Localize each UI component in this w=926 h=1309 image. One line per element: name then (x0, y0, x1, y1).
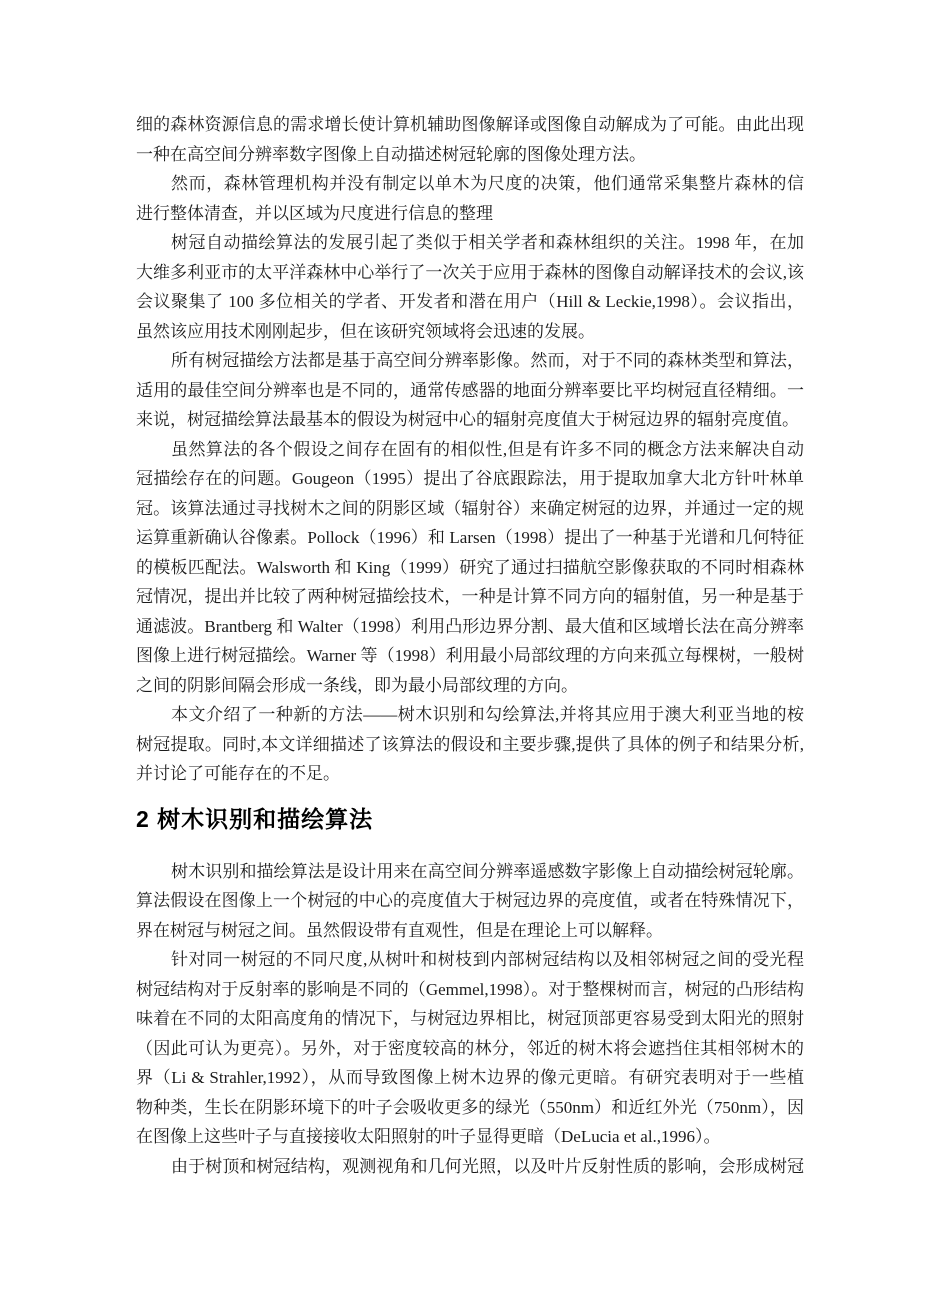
document-body: 细的森林资源信息的需求增长使计算机辅助图像解译或图像自动解成为了可能。由此出现了… (136, 110, 804, 1181)
text-line: 树木识别和描绘算法是设计用来在高空间分辨率遥感数字影像上自动描绘树冠轮廓。该 (136, 857, 804, 887)
text-line: 虽然该应用技术刚刚起步，但在该研究领域将会迅速的发展。 (136, 317, 804, 347)
text-line: 界（Li & Strahler,1992），从而导致图像上树木边界的像元更暗。有… (136, 1063, 804, 1093)
paragraph: 针对同一树冠的不同尺度,从树叶和树枝到内部树冠结构以及相邻树冠之间的受光程度,树… (136, 945, 804, 1152)
text-line: 本文介绍了一种新的方法——树木识别和勾绘算法,并将其应用于澳大利亚当地的桉树 (136, 700, 804, 730)
section-heading: 2 树木识别和描绘算法 (136, 803, 804, 835)
text-line: 算法假设在图像上一个树冠的中心的亮度值大于树冠边界的亮度值，或者在特殊情况下，边 (136, 886, 804, 916)
text-line: 来说，树冠描绘算法最基本的假设为树冠中心的辐射亮度值大于树冠边界的辐射亮度值。 (136, 405, 804, 435)
text-line: 通滤波。Brantberg 和 Walter（1998）利用凸形边界分割、最大值… (136, 612, 804, 642)
text-line: 运算重新确认谷像素。Pollock（1996）和 Larsen（1998）提出了… (136, 523, 804, 553)
text-line: 树冠结构对于反射率的影响是不同的（Gemmel,1998）。对于整棵树而言，树冠… (136, 975, 804, 1005)
paragraph: 虽然算法的各个假设之间存在固有的相似性,但是有许多不同的概念方法来解决自动树冠描… (136, 435, 804, 701)
text-line: 进行整体清查，并以区域为尺度进行信息的整理 (136, 199, 804, 229)
text-line: 冠。该算法通过寻找树木之间的阴影区域（辐射谷）来确定树冠的边界，并通过一定的规则 (136, 494, 804, 524)
text-line: 针对同一树冠的不同尺度,从树叶和树枝到内部树冠结构以及相邻树冠之间的受光程度, (136, 945, 804, 975)
text-line: 会议聚集了 100 多位相关的学者、开发者和潜在用户（Hill & Leckie… (136, 287, 804, 317)
text-line: 由于树顶和树冠结构，观测视角和几何光照，以及叶片反射性质的影响，会形成树冠剖 (136, 1152, 804, 1182)
text-line: 细的森林资源信息的需求增长使计算机辅助图像解译或图像自动解成为了可能。由此出现了 (136, 110, 804, 140)
paragraph: 细的森林资源信息的需求增长使计算机辅助图像解译或图像自动解成为了可能。由此出现了… (136, 110, 804, 169)
text-line: 物种类，生长在阴影环境下的叶子会吸收更多的绿光（550nm）和近红外光（750n… (136, 1093, 804, 1123)
text-line: 适用的最佳空间分辨率也是不同的，通常传感器的地面分辨率要比平均树冠直径精细。一般 (136, 376, 804, 406)
text-line: 虽然算法的各个假设之间存在固有的相似性,但是有许多不同的概念方法来解决自动树 (136, 435, 804, 465)
document-page: 细的森林资源信息的需求增长使计算机辅助图像解译或图像自动解成为了可能。由此出现了… (0, 0, 926, 1309)
paragraph: 然而，森林管理机构并没有制定以单木为尺度的决策，他们通常采集整片森林的信息，进行… (136, 169, 804, 228)
text-line: 并讨论了可能存在的不足。 (136, 759, 804, 789)
text-line: 树冠自动描绘算法的发展引起了类似于相关学者和森林组织的关注。1998 年，在加拿 (136, 228, 804, 258)
text-line: 界在树冠与树冠之间。虽然假设带有直观性，但是在理论上可以解释。 (136, 916, 804, 946)
paragraph: 本文介绍了一种新的方法——树木识别和勾绘算法,并将其应用于澳大利亚当地的桉树树冠… (136, 700, 804, 789)
text-line: 大维多利亚市的太平洋森林中心举行了一次关于应用于森林的图像自动解译技术的会议,该 (136, 258, 804, 288)
text-line: 然而，森林管理机构并没有制定以单木为尺度的决策，他们通常采集整片森林的信息， (136, 169, 804, 199)
text-line: 冠情况，提出并比较了两种树冠描绘技术，一种是计算不同方向的辐射值，另一种是基于高 (136, 582, 804, 612)
text-line: 图像上进行树冠描绘。Warner 等（1998）利用最小局部纹理的方向来孤立每棵… (136, 641, 804, 671)
text-line: 所有树冠描绘方法都是基于高空间分辨率影像。然而，对于不同的森林类型和算法，所 (136, 346, 804, 376)
text-line: 一种在高空间分辨率数字图像上自动描述树冠轮廓的图像处理方法。 (136, 140, 804, 170)
paragraph: 由于树顶和树冠结构，观测视角和几何光照，以及叶片反射性质的影响，会形成树冠剖 (136, 1152, 804, 1182)
text-line: 树冠提取。同时,本文详细描述了该算法的假设和主要步骤,提供了具体的例子和结果分析… (136, 730, 804, 760)
paragraph: 树木识别和描绘算法是设计用来在高空间分辨率遥感数字影像上自动描绘树冠轮廓。该算法… (136, 857, 804, 946)
text-line: 冠描绘存在的问题。Gougeon（1995）提出了谷底跟踪法，用于提取加拿大北方… (136, 464, 804, 494)
text-line: 之间的阴影间隔会形成一条线，即为最小局部纹理的方向。 (136, 671, 804, 701)
text-line: （因此可认为更亮）。另外，对于密度较高的林分，邻近的树木将会遮挡住其相邻树木的边 (136, 1034, 804, 1064)
text-line: 味着在不同的太阳高度角的情况下，与树冠边界相比，树冠顶部更容易受到太阳光的照射 (136, 1004, 804, 1034)
paragraph: 树冠自动描绘算法的发展引起了类似于相关学者和森林组织的关注。1998 年，在加拿… (136, 228, 804, 346)
text-line: 在图像上这些叶子与直接接收太阳照射的叶子显得更暗（DeLucia et al.,… (136, 1122, 804, 1152)
paragraph: 所有树冠描绘方法都是基于高空间分辨率影像。然而，对于不同的森林类型和算法，所适用… (136, 346, 804, 435)
text-line: 的模板匹配法。Walsworth 和 King（1999）研究了通过扫描航空影像… (136, 553, 804, 583)
